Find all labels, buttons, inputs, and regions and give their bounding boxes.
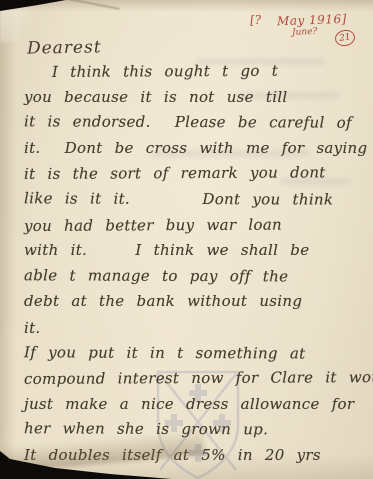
annotation-query-mark: [? [250, 13, 262, 28]
letter-line: like is it it. Dont you think [24, 189, 371, 216]
scanned-letter-page: [? May 1916] June? 21 Dearest I think th… [0, 0, 373, 479]
letter-line: you because it is not use till [24, 88, 371, 114]
show-through-smudge [195, 58, 325, 65]
letter-line: I think this ought t go t [52, 61, 371, 88]
watermark-crest-icon [150, 366, 246, 479]
annotation-archive-number: 21 [334, 28, 356, 47]
letter-line: it. Dont be cross with me for saying [24, 139, 371, 165]
letter-line: If you put it in t something at [24, 343, 371, 370]
letter-line: with it. I think we shall be [24, 241, 371, 267]
show-through-smudge [280, 178, 350, 185]
archival-annotations: [? May 1916] June? 21 [250, 13, 368, 36]
letter-line: it is endorsed. Please be careful of [24, 112, 371, 139]
paper-fold-highlight [0, 8, 40, 42]
letter-salutation: Dearest [27, 37, 102, 58]
annotation-alt-date: June? [292, 24, 368, 38]
letter-line: debt at the bank without using [24, 292, 371, 318]
show-through-smudge [238, 92, 338, 99]
letter-line: just make a nice dress allowance for [24, 395, 371, 421]
letter-line: it. [24, 317, 371, 344]
letter-body: I think this ought t go t you because it… [24, 62, 371, 472]
letter-line: compound interest now for Clare it would [24, 368, 371, 395]
letter-line: it is the sort of remark you dont [24, 163, 371, 190]
letter-paper: [? May 1916] June? 21 Dearest I think th… [0, 0, 373, 479]
paper-crease [58, 0, 119, 10]
letter-line: you had better buy war loan [24, 215, 371, 242]
show-through-smudge [150, 150, 310, 157]
letter-line: able t manage to pay off the [24, 266, 371, 293]
annotation-date: May 1916] [277, 12, 347, 28]
